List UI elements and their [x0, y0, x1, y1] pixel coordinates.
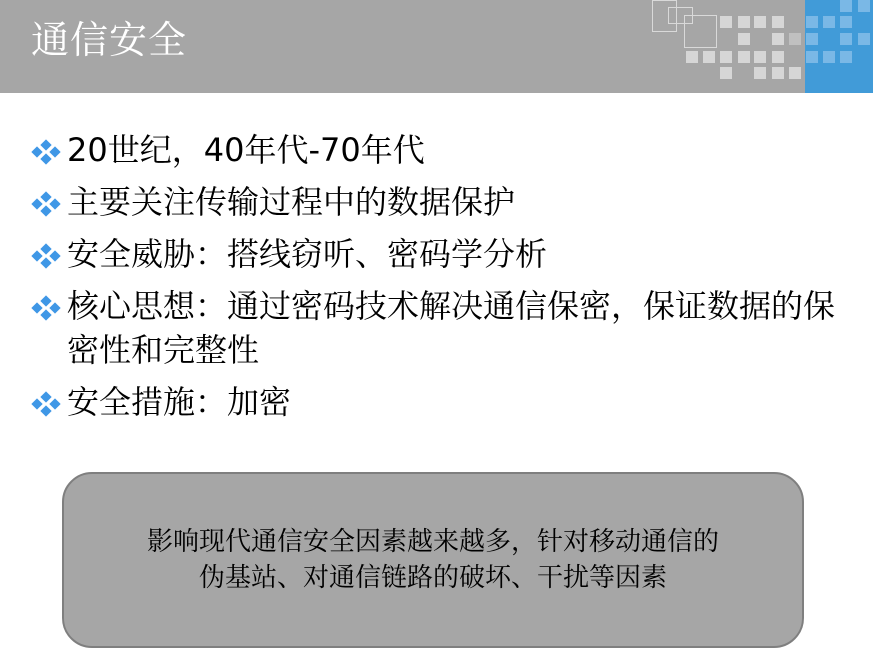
- grid-square: [789, 33, 801, 45]
- bullet-text: 主要关注传输过程中的数据保护: [67, 180, 863, 224]
- grid-square: [858, 33, 870, 45]
- diamond-bullet-icon: [33, 180, 67, 224]
- outline-square: [684, 15, 717, 48]
- grid-square: [806, 33, 818, 45]
- slide-header: 通信安全: [0, 0, 873, 93]
- bullet-item: 安全措施：加密: [33, 380, 863, 424]
- grid-square: [720, 67, 732, 79]
- bullet-text: 安全措施：加密: [67, 380, 863, 424]
- grid-square: [720, 51, 732, 63]
- grid-square: [738, 33, 750, 45]
- slide-title: 通信安全: [31, 14, 187, 66]
- grid-square: [772, 16, 784, 28]
- bullet-text: 20世纪，40年代-70年代: [67, 128, 863, 172]
- grid-square: [686, 51, 698, 63]
- grid-square: [806, 51, 818, 63]
- grid-square: [840, 0, 852, 12]
- diamond-bullet-icon: [33, 380, 67, 424]
- grid-square: [772, 67, 784, 79]
- grid-square: [754, 51, 766, 63]
- diamond-bullet-icon: [33, 128, 67, 172]
- bullet-item: 20世纪，40年代-70年代: [33, 128, 863, 172]
- grid-square: [720, 16, 732, 28]
- grid-square: [806, 16, 818, 28]
- bullet-list: 20世纪，40年代-70年代 主要关注传输过程中的数据保护 安全威胁：搭线窃听、…: [33, 128, 863, 432]
- diamond-bullet-icon: [33, 232, 67, 276]
- grid-square: [754, 16, 766, 28]
- callout-box: 影响现代通信安全因素越来越多，针对移动通信的 伪基站、对通信链路的破坏、干扰等因…: [62, 472, 804, 648]
- grid-square: [754, 67, 766, 79]
- grid-square: [823, 51, 835, 63]
- grid-square: [772, 51, 784, 63]
- bullet-item: 主要关注传输过程中的数据保护: [33, 180, 863, 224]
- bullet-text: 安全威胁：搭线窃听、密码学分析: [67, 232, 863, 276]
- grid-square: [840, 33, 852, 45]
- bullet-item: 安全威胁：搭线窃听、密码学分析: [33, 232, 863, 276]
- bullet-item: 核心思想：通过密码技术解决通信保密，保证数据的保密性和完整性: [33, 284, 863, 372]
- grid-square: [772, 33, 784, 45]
- diamond-bullet-icon: [33, 284, 67, 328]
- callout-text: 影响现代通信安全因素越来越多，针对移动通信的 伪基站、对通信链路的破坏、干扰等因…: [73, 524, 793, 596]
- accent-panel: [805, 0, 873, 93]
- grid-square: [738, 16, 750, 28]
- bullet-text: 核心思想：通过密码技术解决通信保密，保证数据的保密性和完整性: [67, 284, 863, 372]
- callout-line-1: 影响现代通信安全因素越来越多，针对移动通信的: [73, 524, 793, 560]
- grid-square: [823, 16, 835, 28]
- grid-square: [703, 51, 715, 63]
- grid-square: [840, 16, 852, 28]
- grid-square: [840, 51, 852, 63]
- grid-square: [858, 0, 870, 12]
- grid-square: [738, 51, 750, 63]
- callout-line-2: 伪基站、对通信链路的破坏、干扰等因素: [73, 560, 793, 596]
- grid-square: [789, 67, 801, 79]
